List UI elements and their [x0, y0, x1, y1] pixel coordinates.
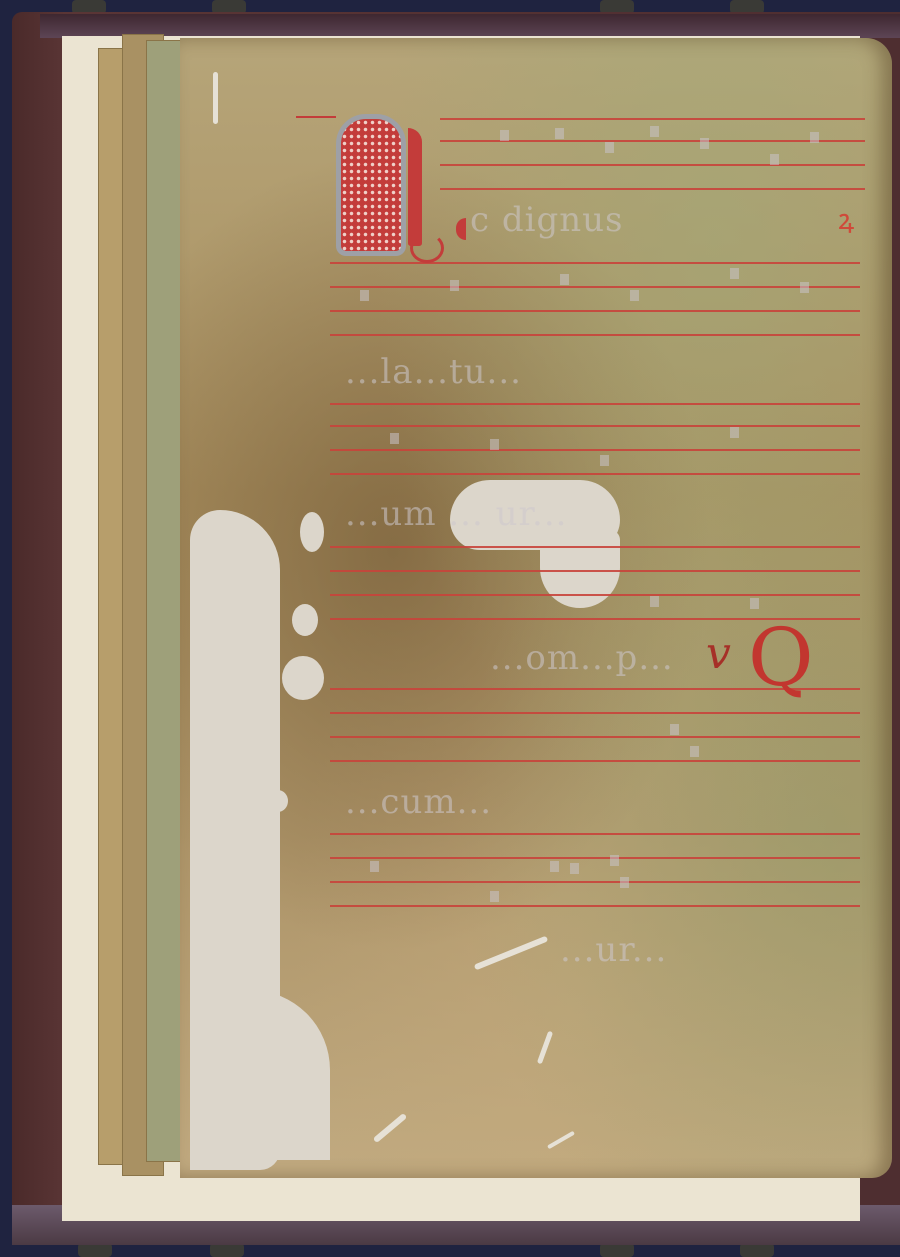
staff-6: [330, 833, 860, 913]
text-line-5: ...cum...: [345, 782, 492, 822]
book-cover-top-edge: [40, 14, 900, 38]
parchment-hole-4: [268, 790, 288, 812]
parchment-hole-2: [292, 604, 318, 636]
parchment-hole-3: [282, 656, 324, 700]
text-line-4: ...om...p...: [490, 638, 674, 678]
staff-1: [440, 118, 865, 198]
decorated-initial-n: [330, 108, 445, 258]
clasp-bottom-2: [210, 1243, 244, 1257]
rubric-versicle-mark: v: [706, 628, 731, 679]
rubric-capital-q: Q: [748, 618, 814, 698]
staff-3: [330, 403, 860, 483]
text-line-1: c dignus: [470, 200, 624, 240]
text-line-2: ...la...tu...: [345, 352, 522, 392]
clasp-bottom-1: [78, 1243, 112, 1257]
parchment-hole-1: [300, 512, 324, 552]
text-line-6: ...ur...: [560, 930, 667, 970]
parchment-crack-top: [213, 72, 218, 124]
text-line-3: ...um ... ur...: [345, 494, 567, 534]
clasp-bottom-4: [740, 1243, 774, 1257]
clasp-bottom-3: [600, 1243, 634, 1257]
rubric-custos-mark: ꝝ: [838, 200, 854, 238]
staff-2: [330, 262, 860, 342]
